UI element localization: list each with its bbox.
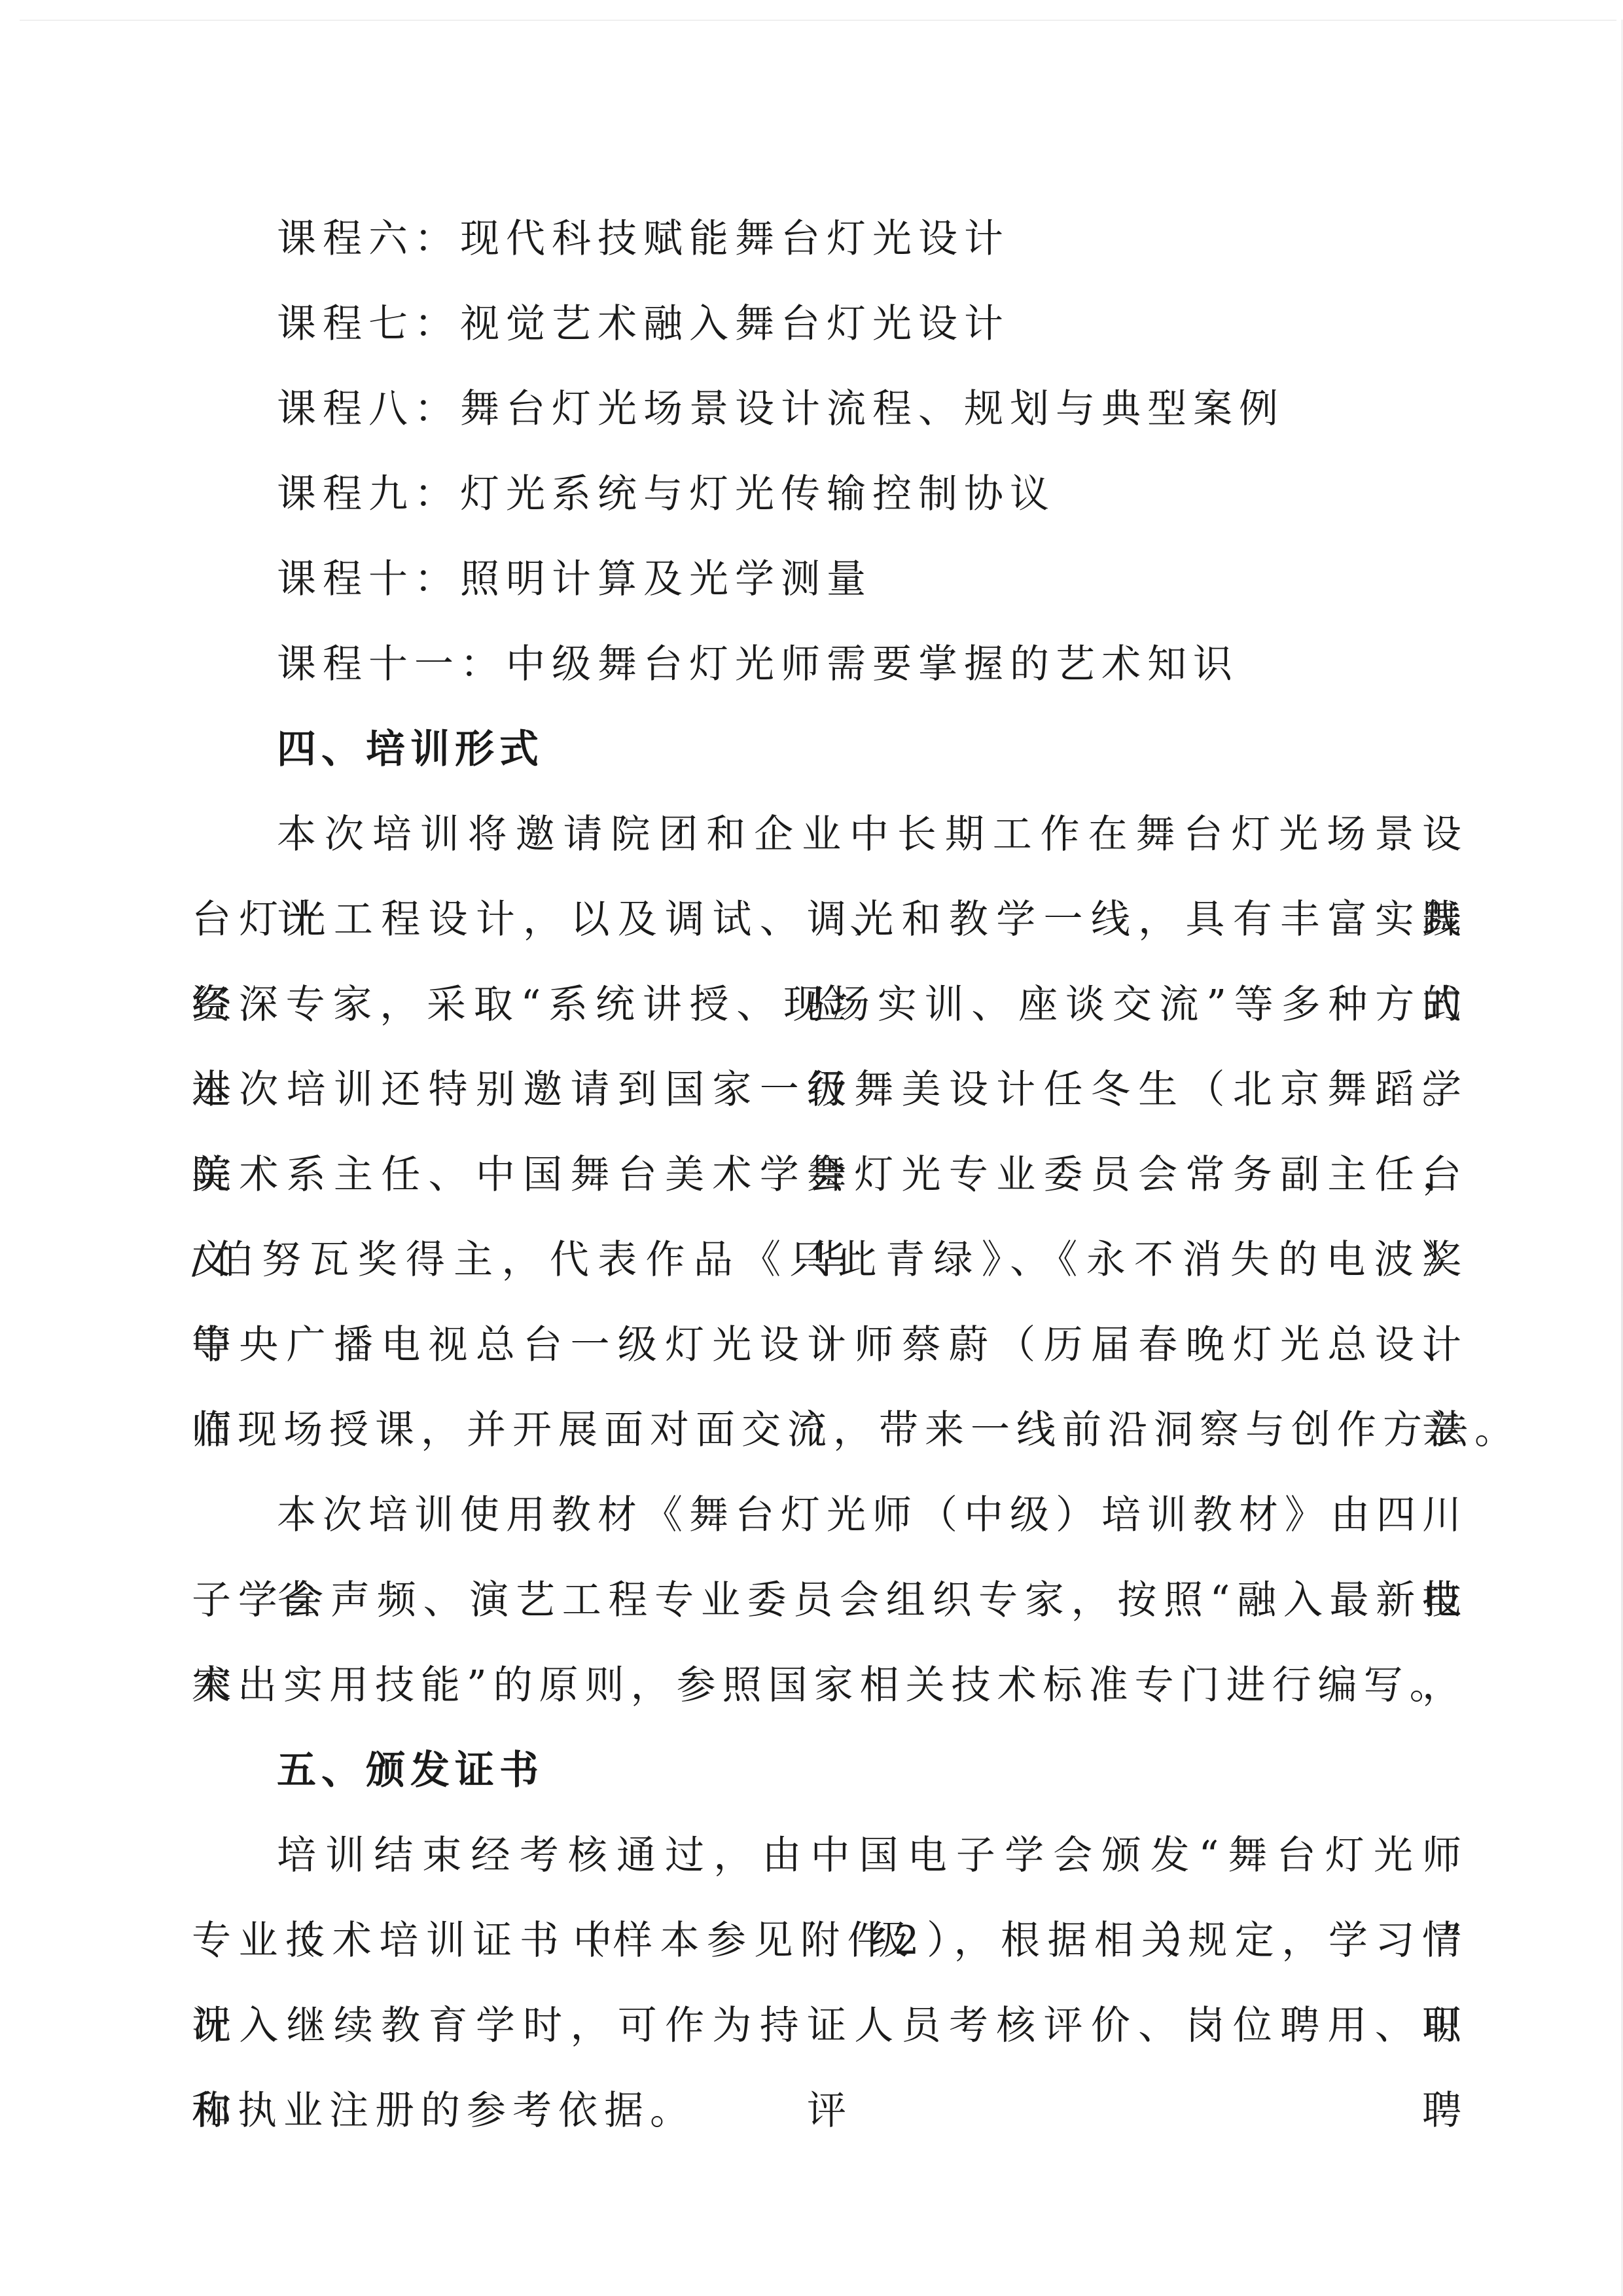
course-label: 课程九：: [277, 471, 460, 517]
course-label: 课程八：: [277, 386, 460, 432]
course-title: 视觉艺术融入舞台灯光设计: [460, 301, 1010, 347]
paragraph: 本次培训使用教材《舞台灯光师（中级）培训教材》由四川省电 子学会声频、演艺工程专…: [192, 1473, 1468, 1728]
text-line: 台灯光工程设计，以及调试、调光和教学一线，具有丰富实践经验的: [192, 877, 1468, 962]
course-label: 课程十：: [277, 556, 460, 602]
text-line: /伯努瓦奖得主，代表作品《只此青绿》、《永不消失的电波》等）、: [192, 1217, 1468, 1302]
document-page: 课程六：现代科技赋能舞台灯光设计 课程七：视觉艺术融入舞台灯光设计 课程八：舞台…: [0, 0, 1623, 2296]
course-item: 课程七：视觉艺术融入舞台灯光设计: [192, 281, 1468, 367]
course-label: 课程六：: [277, 216, 460, 262]
course-item: 课程九：灯光系统与灯光传输控制协议: [192, 452, 1468, 537]
course-item: 课程八：舞台灯光场景设计流程、规划与典型案例: [192, 367, 1468, 452]
course-item: 课程十一：中级舞台灯光师需要掌握的艺术知识: [192, 622, 1468, 707]
text-line: 美术系主任、中国舞台美术学会灯光专业委员会常务副主任，文华奖: [192, 1132, 1468, 1217]
text-line: 计入继续教育学时，可作为持证人员考核评价、岗位聘用、职称评聘: [192, 1983, 1468, 2068]
course-label: 课程十一：: [277, 641, 506, 687]
scan-edge-top: [20, 20, 1616, 21]
text-line: 专业技术培训证书（样本参见附件2），根据相关规定，学习情况可: [192, 1898, 1468, 1983]
course-title: 舞台灯光场景设计流程、规划与典型案例: [460, 386, 1285, 432]
course-title: 照明计算及光学测量: [460, 556, 872, 602]
course-title: 灯光系统与灯光传输控制协议: [460, 471, 1056, 517]
section-heading: 五、颁发证书: [192, 1728, 1468, 1813]
course-item: 课程十：照明计算及光学测量: [192, 537, 1468, 622]
paragraph: 本次培训将邀请院团和企业中长期工作在舞台灯光场景设计、舞 台灯光工程设计，以及调…: [192, 792, 1468, 1473]
text-line: 中央广播电视总台一级灯光设计师蔡蔚（历届春晚灯光总设计师）亲: [192, 1302, 1468, 1388]
text-line: 资深专家，采取“系统讲授、现场实训、座谈交流”等多种方式进行。: [192, 962, 1468, 1047]
text-line: 突出实用技能”的原则，参照国家相关技术标准专门进行编写。: [192, 1643, 1468, 1728]
section-certificate: 五、颁发证书 培训结束经考核通过，由中国电子学会颁发“舞台灯光师（中级）” 专业…: [192, 1728, 1468, 2153]
text-line: 培训结束经考核通过，由中国电子学会颁发“舞台灯光师（中级）”: [192, 1813, 1468, 1898]
course-title: 现代科技赋能舞台灯光设计: [460, 216, 1010, 262]
course-list: 课程六：现代科技赋能舞台灯光设计 课程七：视觉艺术融入舞台灯光设计 课程八：舞台…: [192, 196, 1468, 707]
text-line: 本次培训将邀请院团和企业中长期工作在舞台灯光场景设计、舞: [192, 792, 1468, 877]
text-line: 子学会声频、演艺工程专业委员会组织专家，按照“融入最新技术，: [192, 1558, 1468, 1643]
text-line: 本次培训使用教材《舞台灯光师（中级）培训教材》由四川省电: [192, 1473, 1468, 1558]
course-label: 课程七：: [277, 301, 460, 347]
section-training-format: 四、培训形式 本次培训将邀请院团和企业中长期工作在舞台灯光场景设计、舞 台灯光工…: [192, 707, 1468, 1728]
course-title: 中级舞台灯光师需要掌握的艺术知识: [506, 641, 1239, 687]
section-heading: 四、培训形式: [192, 707, 1468, 792]
document-body: 课程六：现代科技赋能舞台灯光设计 课程七：视觉艺术融入舞台灯光设计 课程八：舞台…: [192, 196, 1468, 2153]
text-line: 临现场授课，并开展面对面交流，带来一线前沿洞察与创作方法。: [192, 1388, 1468, 1473]
text-line: 本次培训还特别邀请到国家一级舞美设计任冬生（北京舞蹈学院舞台: [192, 1047, 1468, 1132]
course-item: 课程六：现代科技赋能舞台灯光设计: [192, 196, 1468, 281]
paragraph: 培训结束经考核通过，由中国电子学会颁发“舞台灯光师（中级）” 专业技术培训证书（…: [192, 1813, 1468, 2153]
